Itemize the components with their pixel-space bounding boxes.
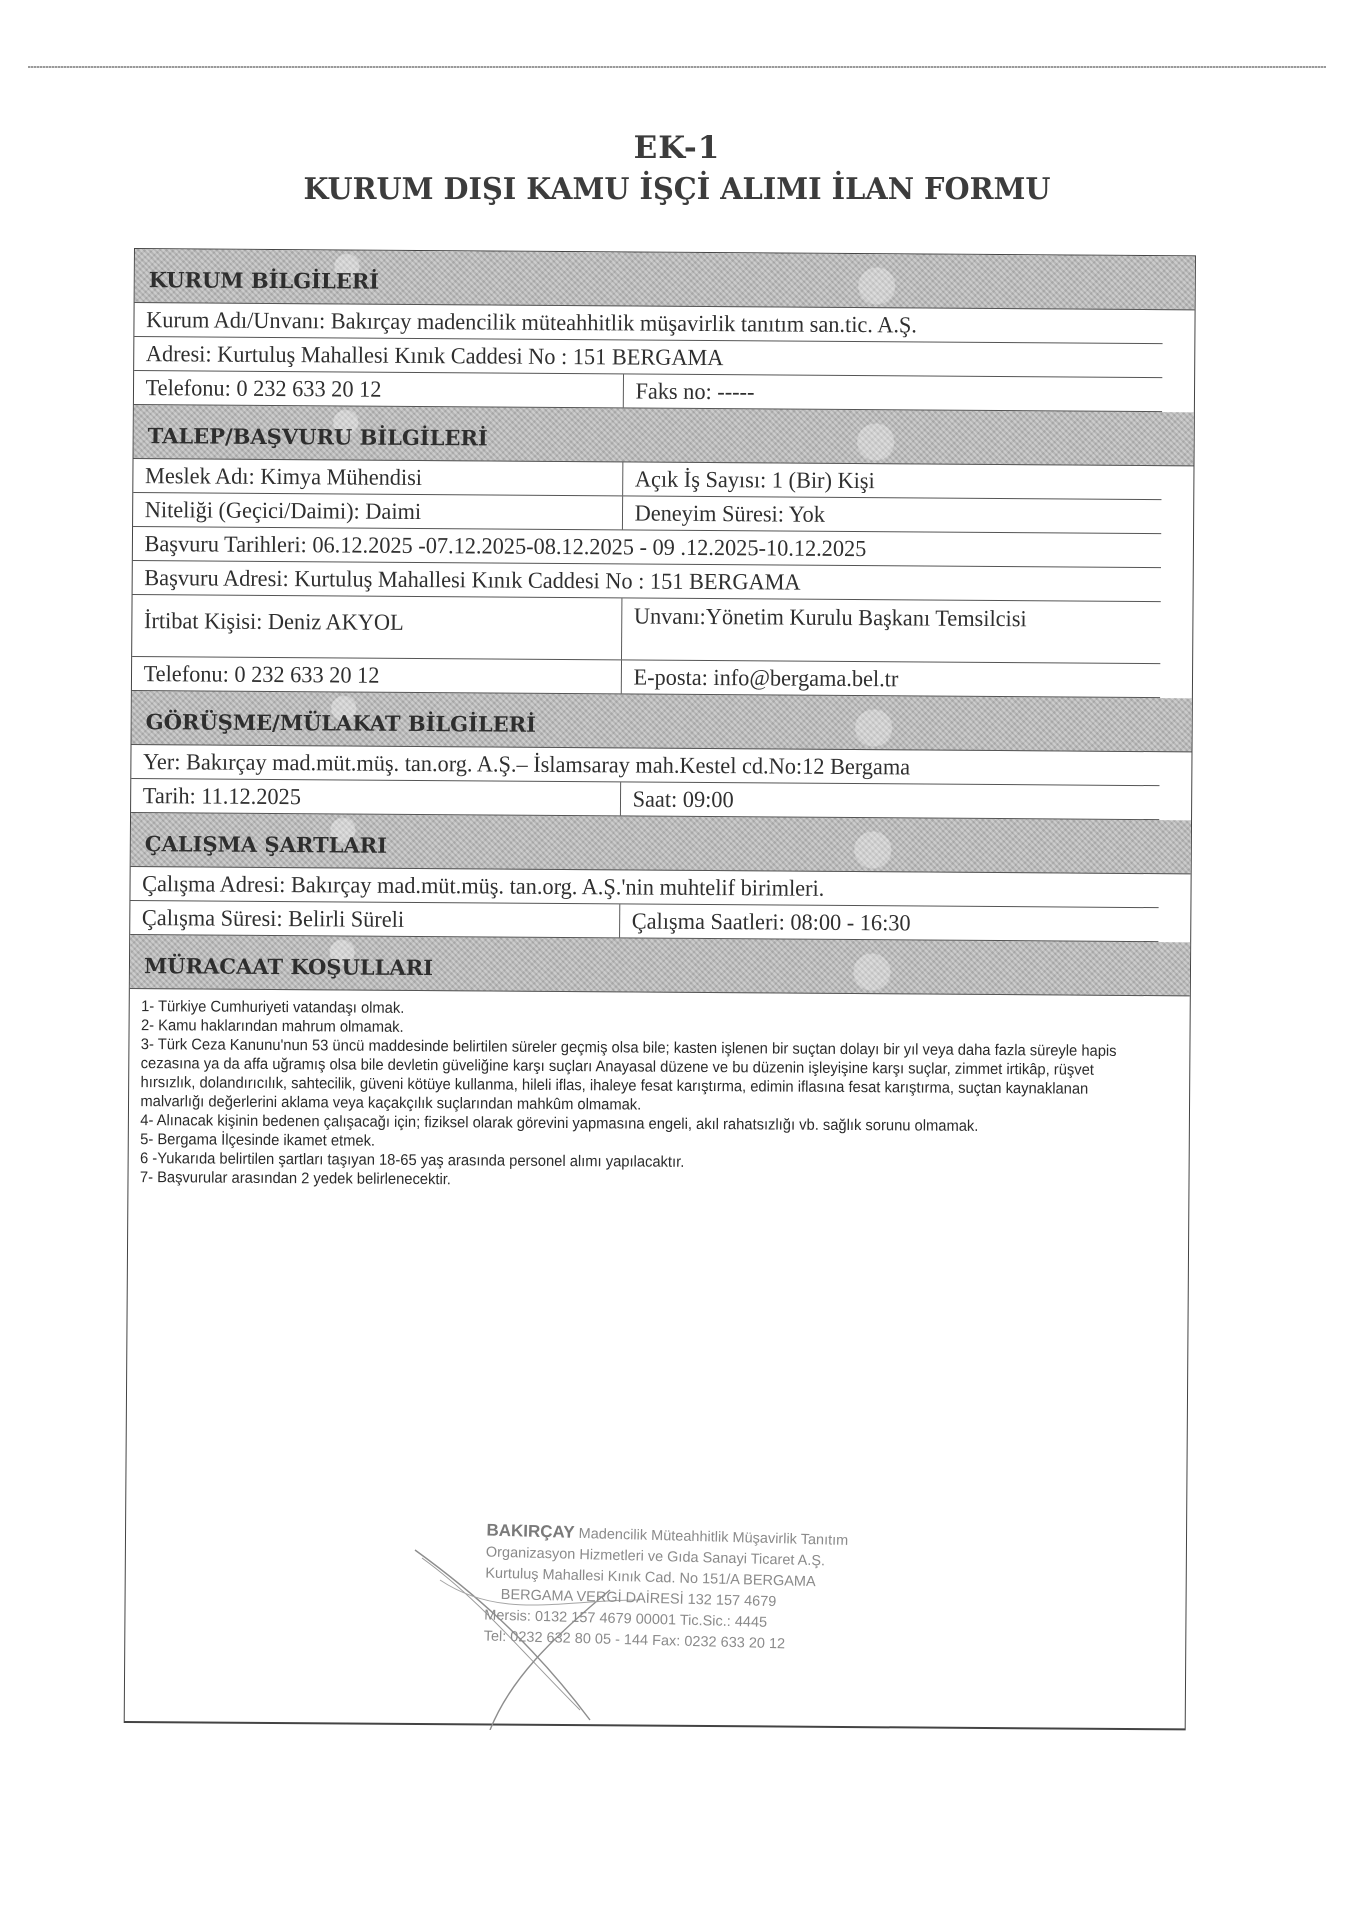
work-hours: Çalışma Saatleri: 08:00 - 16:30 [620, 904, 1159, 941]
section-application-info: TALEP/BAŞVURU BİLGİLERİ [134, 405, 1194, 466]
company-stamp: BAKIRÇAY Madencilik Müteahhitlik Müşavir… [483, 1520, 906, 1659]
profession: Meslek Adı: Kimya Mühendisi [133, 459, 623, 495]
contact-person-row: İrtibat Kişisi: Deniz AKYOL Unvanı:Yönet… [132, 595, 1161, 664]
interview-datetime-row: Tarih: 11.12.2025 Saat: 09:00 [131, 779, 1159, 820]
requirement-item: 3- Türk Ceza Kanunu'nun 53 üncü maddesin… [140, 1035, 1123, 1118]
institution-phone: Telefonu: 0 232 633 20 12 [134, 371, 624, 407]
section-requirements: MÜRACAAT KOŞULLARI [130, 935, 1190, 996]
document-header: EK-1 KURUM DIŞI KAMU İŞÇİ ALIMI İLAN FOR… [0, 128, 1354, 212]
institution-fax: Faks no: ----- [624, 374, 1163, 411]
contact-person: İrtibat Kişisi: Deniz AKYOL [132, 595, 622, 659]
scan-edge-line [28, 66, 1326, 68]
interview-time: Saat: 09:00 [621, 782, 1160, 819]
open-positions: Açık İş Sayısı: 1 (Bir) Kişi [623, 462, 1162, 499]
contact-info-row: Telefonu: 0 232 633 20 12 E-posta: info@… [132, 657, 1160, 698]
section-institution-info: KURUM BİLGİLERİ [135, 249, 1195, 310]
work-schedule-row: Çalışma Süresi: Belirli Süreli Çalışma S… [130, 901, 1158, 942]
form-title: KURUM DIŞI KAMU İŞÇİ ALIMI İLAN FORMU [27, 168, 1327, 212]
section-title: MÜRACAAT KOŞULLARI [144, 953, 433, 980]
employment-nature: Niteliği (Geçici/Daimi): Daimi [133, 493, 623, 529]
job-posting-form: KURUM BİLGİLERİ Kurum Adı/Unvanı: Bakırç… [124, 248, 1196, 1730]
section-working-conditions: ÇALIŞMA ŞARTLARI [131, 813, 1191, 874]
institution-contact-row: Telefonu: 0 232 633 20 12 Faks no: ----- [134, 371, 1162, 412]
requirements-list: 1- Türkiye Cumhuriyeti vatandaşı olmak. … [128, 989, 1136, 1194]
section-interview-info: GÖRÜŞME/MÜLAKAT BİLGİLERİ [132, 691, 1192, 752]
section-title: TALEP/BAŞVURU BİLGİLERİ [148, 423, 488, 450]
section-title: GÖRÜŞME/MÜLAKAT BİLGİLERİ [146, 709, 536, 737]
work-duration: Çalışma Süresi: Belirli Süreli [130, 901, 620, 937]
stamp-brand: BAKIRÇAY [486, 1521, 575, 1542]
section-title: ÇALIŞMA ŞARTLARI [145, 831, 387, 858]
section-title: KURUM BİLGİLERİ [149, 267, 379, 294]
annex-label: EK-1 [0, 128, 1354, 168]
contact-phone: Telefonu: 0 232 633 20 12 [132, 657, 622, 693]
contact-email: E-posta: info@bergama.bel.tr [622, 660, 1161, 697]
contact-title: Unvanı:Yönetim Kurulu Başkanı Temsilcisi [622, 598, 1161, 663]
interview-date: Tarih: 11.12.2025 [131, 779, 621, 815]
experience-required: Deneyim Süresi: Yok [623, 496, 1162, 533]
